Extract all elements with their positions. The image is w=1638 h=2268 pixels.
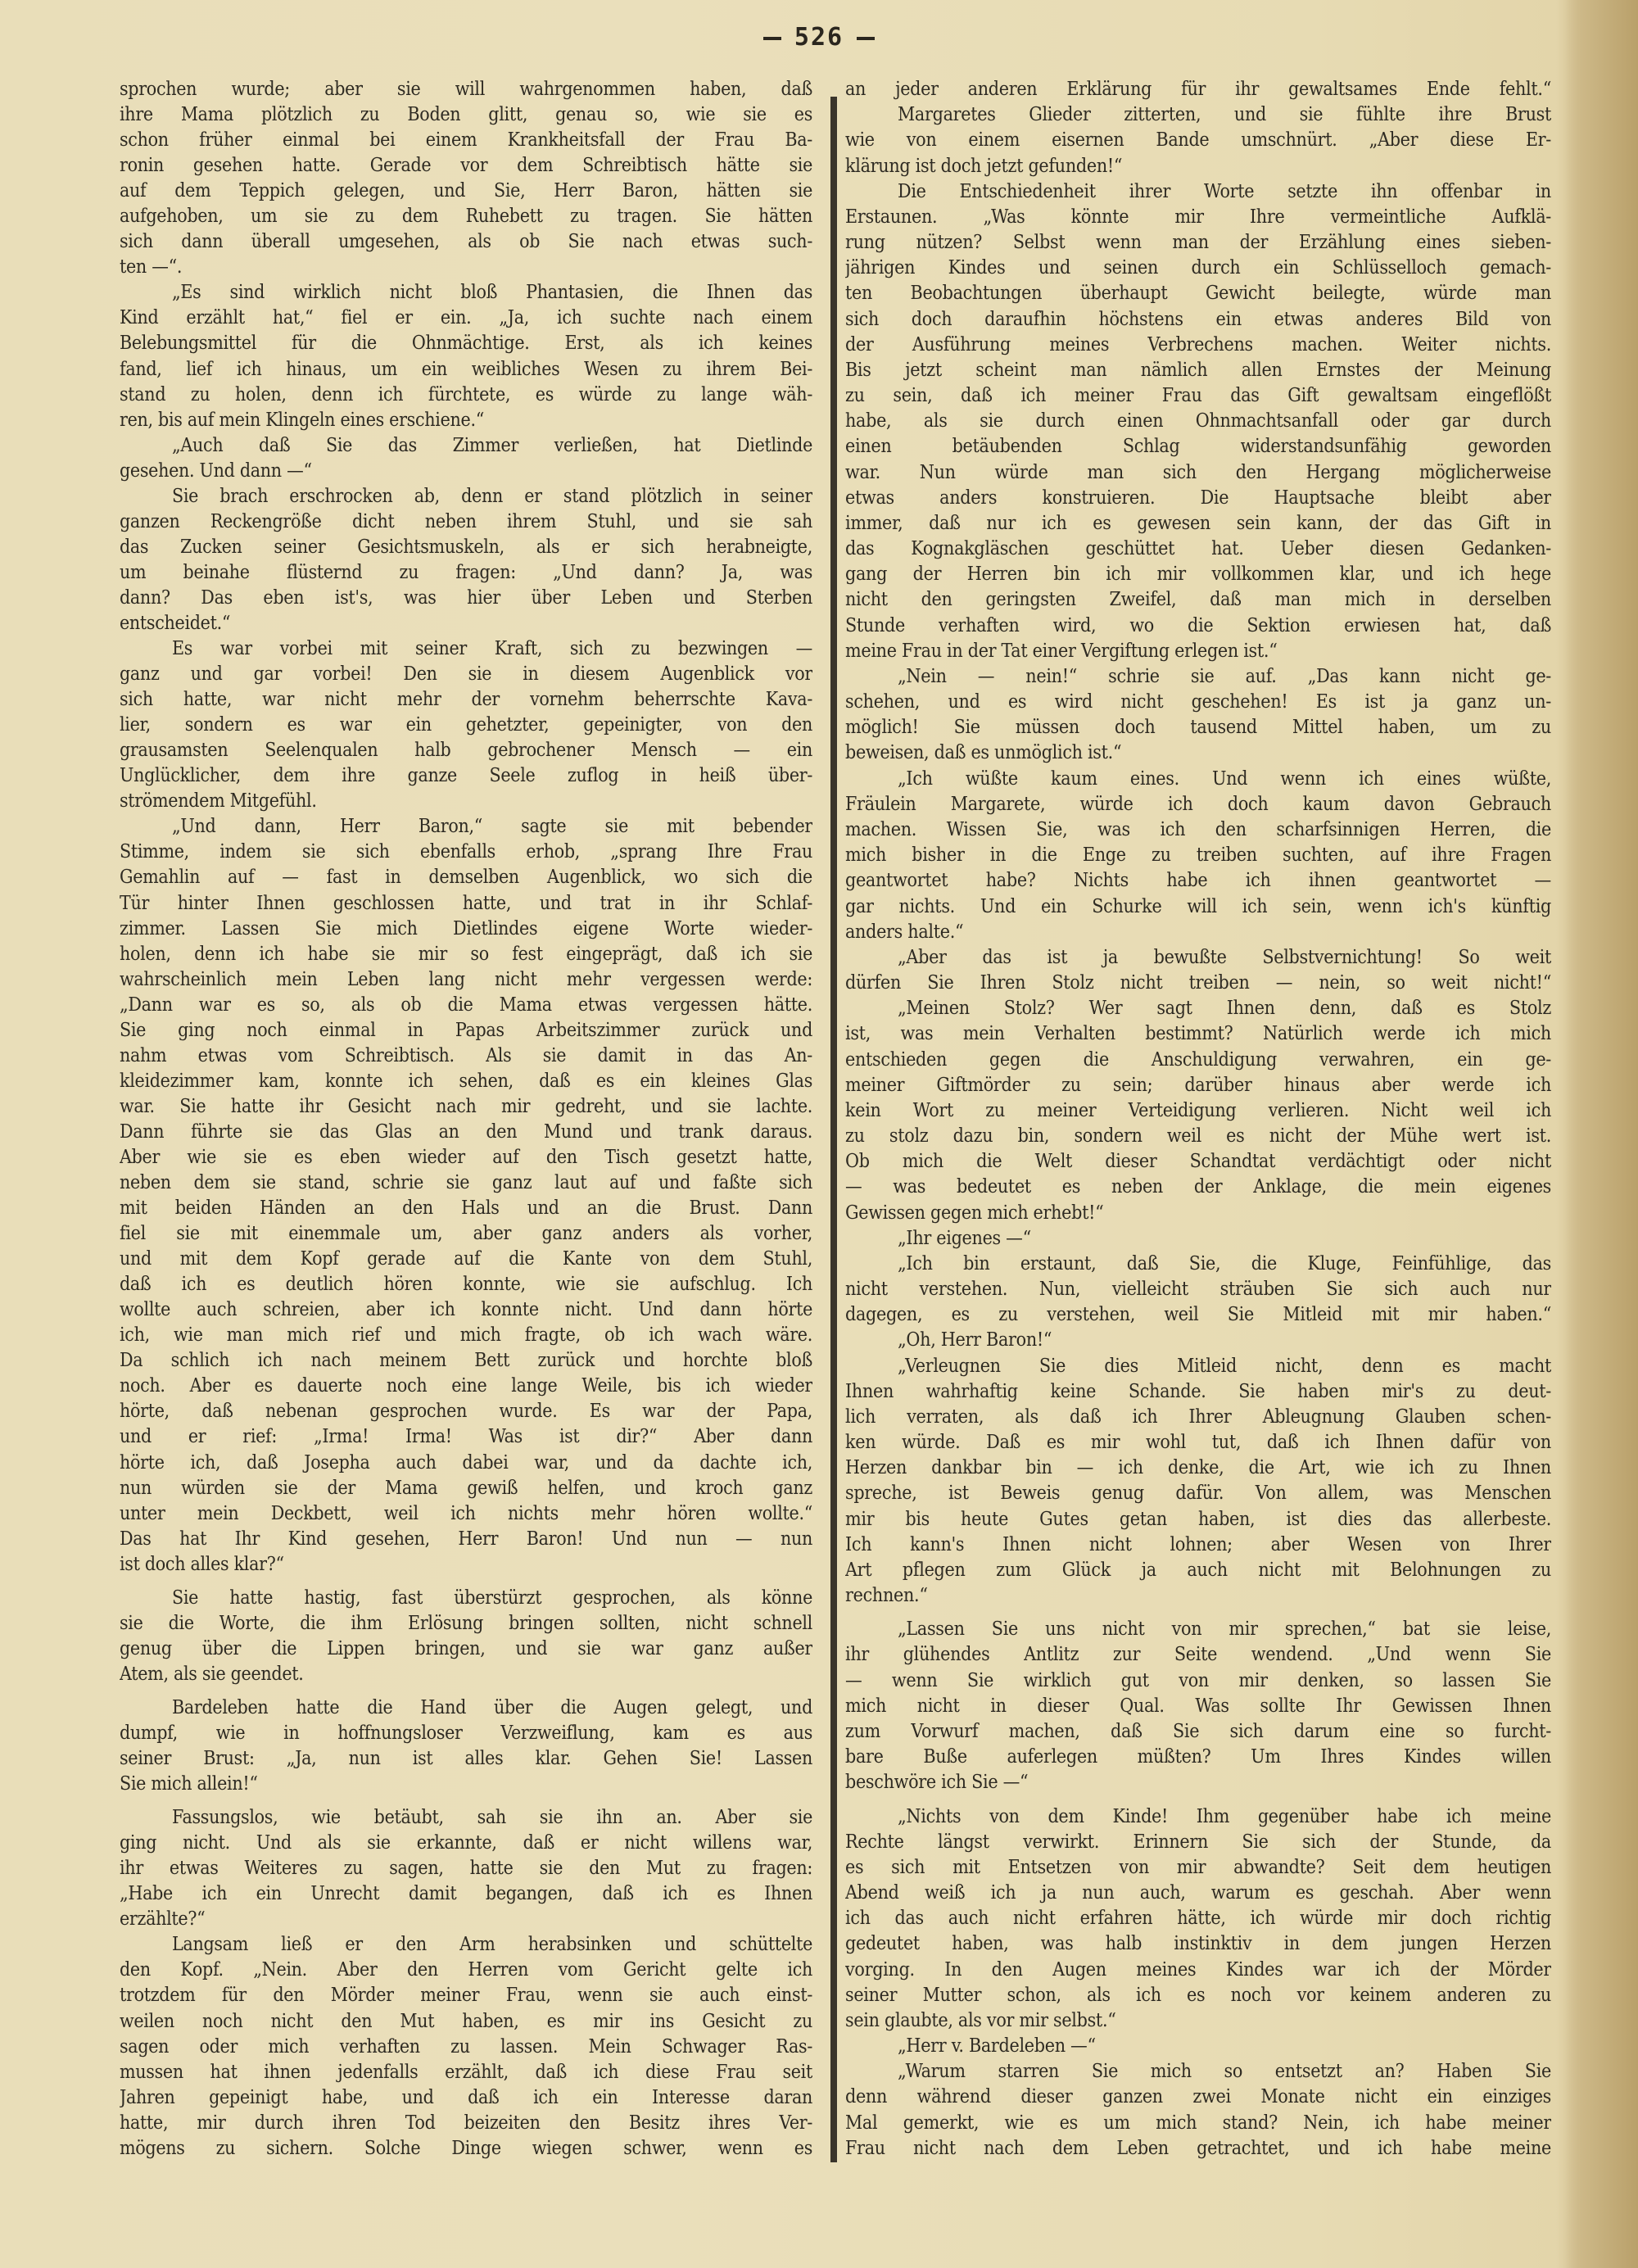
text-line: dann? Das eben ist's, was hier über Lebe…	[120, 586, 812, 611]
text-line: lier, sondern es war ein gehetzter, gepe…	[120, 713, 812, 738]
text-line: zu sein, daß ich meiner Frau das Gift ge…	[845, 383, 1551, 409]
text-line: „Meinen Stolz? Wer sagt Ihnen denn, daß …	[845, 996, 1551, 1021]
text-line: machen. Wissen Sie, was ich den scharfsi…	[845, 817, 1551, 843]
text-line: „Herr v. Bardeleben —“	[845, 2034, 1551, 2059]
text-line: bare Buße auferlegen müßten? Um Ihres Ki…	[845, 1745, 1551, 1770]
text-line: wahrscheinlich mein Leben lang nicht meh…	[120, 967, 812, 993]
text-line: rechnen.“	[845, 1583, 1551, 1609]
text-line: den Kopf. „Nein. Aber den Herren vom Ger…	[120, 1958, 812, 1983]
text-line: lich verraten, als daß ich Ihrer Ableugn…	[845, 1405, 1551, 1430]
text-line: „Ihr eigenes —“	[845, 1226, 1551, 1252]
text-line: ging nicht. Und als sie erkannte, daß er…	[120, 1831, 812, 1856]
text-line: Sie ging noch einmal in Papas Arbeitszim…	[120, 1018, 812, 1043]
text-line: „Es sind wirklich nicht bloß Phantasien,…	[120, 280, 812, 306]
text-line: neben dem sie stand, schrie sie ganz lau…	[120, 1170, 812, 1196]
text-line: „Habe ich ein Unrecht damit begangen, da…	[120, 1881, 812, 1907]
text-line: schehen, und es wird nicht geschehen! Es…	[845, 690, 1551, 715]
text-line: ist, was mein Verhalten bestimmt? Natürl…	[845, 1021, 1551, 1047]
text-line: war. Sie hatte ihr Gesicht nach mir gedr…	[120, 1094, 812, 1120]
text-line: Sie brach erschrocken ab, denn er stand …	[120, 484, 812, 509]
text-line: daß ich es deutlich hören konnte, wie si…	[120, 1272, 812, 1297]
text-line: sagen oder mich verhaften zu lassen. Mei…	[120, 2035, 812, 2060]
text-line: Art pflegen zum Glück ja auch nicht mit …	[845, 1558, 1551, 1583]
text-line: das Zucken seiner Gesichtsmuskeln, als e…	[120, 535, 812, 560]
text-line: Langsam ließ er den Arm herabsinken und …	[120, 1932, 812, 1958]
column-divider-rule	[830, 97, 837, 2162]
text-line: mich bisher in die Enge zu treiben sucht…	[845, 843, 1551, 868]
text-line: gesehen. Und dann —“	[120, 459, 812, 484]
text-line: beschwöre ich Sie —“	[845, 1770, 1551, 1795]
text-line: Unglücklicher, dem ihre ganze Seele zufl…	[120, 763, 812, 789]
text-line: weilen noch nicht den Mut haben, es mir …	[120, 2009, 812, 2035]
text-line: gang der Herren bin ich mir vollkommen k…	[845, 562, 1551, 587]
text-line: Gewissen gegen mich erhebt!“	[845, 1201, 1551, 1226]
text-line: und mit dem Kopf gerade auf die Kante vo…	[120, 1247, 812, 1272]
text-line: Ihnen wahrhaftig keine Schande. Sie habe…	[845, 1379, 1551, 1405]
text-line: hörte, daß nebenan gesprochen wurde. Es …	[120, 1399, 812, 1424]
text-line: ganz und gar vorbei! Den sie in diesem A…	[120, 662, 812, 687]
text-line: das Kognakgläschen geschüttet hat. Ueber…	[845, 536, 1551, 562]
text-line: sprochen wurde; aber sie will wahrgenomm…	[120, 77, 812, 102]
text-line: erzählte?“	[120, 1907, 812, 1932]
text-line: Erstaunen. „Was könnte mir Ihre vermeint…	[845, 205, 1551, 230]
text-line: „Warum starren Sie mich so entsetzt an? …	[845, 2059, 1551, 2085]
text-line: aufgehoben, um sie zu dem Ruhebett zu tr…	[120, 204, 812, 229]
right-text-column: an jeder anderen Erklärung für ihr gewal…	[845, 77, 1551, 2162]
text-line: unter mein Deckbett, weil ich nichts meh…	[120, 1501, 812, 1527]
text-line: holen, denn ich habe sie mir so fest ein…	[120, 942, 812, 967]
text-line: ronin gesehen hatte. Gerade vor dem Schr…	[120, 153, 812, 179]
text-line: grausamsten Seelenqualen halb gebrochene…	[120, 738, 812, 763]
text-line: ren, bis auf mein Klingeln eines erschie…	[120, 408, 812, 433]
text-line: Es war vorbei mit seiner Kraft, sich zu …	[120, 636, 812, 662]
text-line: nicht verstehen. Nun, vielleicht sträube…	[845, 1277, 1551, 1302]
text-line: „Verleugnen Sie dies Mitleid nicht, denn…	[845, 1354, 1551, 1379]
text-line: Das hat Ihr Kind gesehen, Herr Baron! Un…	[120, 1527, 812, 1552]
text-line: entschieden gegen die Anschuldigung verw…	[845, 1048, 1551, 1073]
text-line: „Ich wüßte kaum eines. Und wenn ich eine…	[845, 767, 1551, 792]
text-line: spreche, ist Beweis genug dafür. Von all…	[845, 1481, 1551, 1506]
page-header: 526	[0, 23, 1638, 52]
text-line: jährigen Kindes und seinen durch ein Sch…	[845, 256, 1551, 281]
text-line: Sie hatte hastig, fast überstürzt gespro…	[120, 1586, 812, 1611]
text-line: zu stolz dazu bin, sondern weil es nicht…	[845, 1124, 1551, 1149]
text-line: wie von einem eisernen Bande umschnürt. …	[845, 128, 1551, 153]
text-line: Abend weiß ich ja nun auch, warum es ges…	[845, 1881, 1551, 1906]
text-line: war. Nun würde man sich den Hergang mögl…	[845, 460, 1551, 486]
text-line: mir bis heute Gutes getan haben, ist die…	[845, 1507, 1551, 1532]
text-line: „Nichts von dem Kinde! Ihm gegenüber hab…	[845, 1804, 1551, 1830]
text-line: fiel sie mit einemmale um, aber ganz and…	[120, 1221, 812, 1247]
text-line: rung nützen? Selbst wenn man der Erzählu…	[845, 230, 1551, 256]
text-line: Stunde verhaften wird, wo die Sektion er…	[845, 613, 1551, 639]
text-line: ganzen Reckengröße dicht neben ihrem Stu…	[120, 509, 812, 535]
text-line: dumpf, wie in hoffnungsloser Verzweiflun…	[120, 1721, 812, 1746]
text-line: Atem, als sie geendet.	[120, 1662, 812, 1687]
text-line: nahm etwas vom Schreibtisch. Als sie dam…	[120, 1043, 812, 1069]
text-line: entscheidet.“	[120, 611, 812, 636]
text-line: dagegen, es zu verstehen, weil Sie Mitle…	[845, 1302, 1551, 1328]
text-line: Sie mich allein!“	[120, 1772, 812, 1797]
text-line: zum Vorwurf machen, daß Sie sich darum e…	[845, 1719, 1551, 1745]
text-line: Rechte längst verwirkt. Erinnern Sie sic…	[845, 1830, 1551, 1855]
text-line: an jeder anderen Erklärung für ihr gewal…	[845, 77, 1551, 102]
text-line: Belebungsmittel für die Ohnmächtige. Ers…	[120, 331, 812, 356]
text-line: wollte auch schreien, aber ich konnte ni…	[120, 1297, 812, 1323]
text-line: habe, als sie durch einen Ohnmachtsanfal…	[845, 409, 1551, 434]
text-line: Fassungslos, wie betäubt, sah sie ihn an…	[120, 1805, 812, 1831]
text-line: ihr etwas Weiteres zu sagen, hatte sie d…	[120, 1856, 812, 1881]
text-line: sich dann überall umgesehen, als ob Sie …	[120, 229, 812, 255]
text-line: etwas anders konstruieren. Die Hauptsach…	[845, 486, 1551, 511]
text-line: geantwortet habe? Nichts habe ich ihnen …	[845, 868, 1551, 894]
text-line: Die Entschiedenheit ihrer Worte setzte i…	[845, 179, 1551, 205]
text-line: Aber wie sie es eben wieder auf den Tisc…	[120, 1145, 812, 1170]
text-line: Margaretes Glieder zitterten, und sie fü…	[845, 102, 1551, 128]
text-line: ten Beobachtungen überhaupt Gewicht beil…	[845, 281, 1551, 306]
text-line: stand zu holen, denn ich fürchtete, es w…	[120, 383, 812, 408]
text-line: schon früher einmal bei einem Krankheits…	[120, 128, 812, 153]
text-line: seiner Brust: „Ja, nun ist alles klar. G…	[120, 1746, 812, 1772]
text-line: beweisen, daß es unmöglich ist.“	[845, 740, 1551, 766]
text-line: Jahren gepeinigt habe, und daß ich ein I…	[120, 2085, 812, 2111]
text-line: Mal gemerkt, wie es um mich stand? Nein,…	[845, 2111, 1551, 2136]
text-line: möglich! Sie müssen doch tausend Mittel …	[845, 715, 1551, 740]
text-line: „Ich bin erstaunt, daß Sie, die Kluge, F…	[845, 1252, 1551, 1277]
text-line: Dann führte sie das Glas an den Mund und…	[120, 1120, 812, 1145]
text-line: sich hatte, war nicht mehr der vornehm b…	[120, 687, 812, 713]
text-line: Stimme, indem sie sich ebenfalls erhob, …	[120, 840, 812, 865]
text-line: Tür hinter Ihnen geschlossen hatte, und …	[120, 891, 812, 917]
text-line: vorging. In den Augen meines Kindes war …	[845, 1958, 1551, 1983]
text-line: strömendem Mitgefühl.	[120, 789, 812, 814]
text-line: um beinahe flüsternd zu fragen: „Und dan…	[120, 560, 812, 586]
text-line: — was bedeutet es neben der Anklage, die…	[845, 1175, 1551, 1200]
text-line: anders halte.“	[845, 920, 1551, 945]
text-line: dürfen Sie Ihren Stolz nicht treiben — n…	[845, 971, 1551, 996]
text-line: und er rief: „Irma! Irma! Was ist dir?“ …	[120, 1424, 812, 1450]
text-line: Ich kann's Ihnen nicht lohnen; aber Wese…	[845, 1532, 1551, 1558]
text-line: sich doch daraufhin höchstens ein etwas …	[845, 307, 1551, 333]
text-line: Frau nicht nach dem Leben getrachtet, un…	[845, 2136, 1551, 2162]
text-line: „Lassen Sie uns nicht von mir sprechen,“…	[845, 1617, 1551, 1642]
text-line: Herzen dankbar bin — ich denke, die Art,…	[845, 1455, 1551, 1481]
text-line: — wenn Sie wirklich gut von mir denken, …	[845, 1668, 1551, 1694]
text-line: Ob mich die Welt dieser Schandtat verdäc…	[845, 1149, 1551, 1175]
text-line: meine Frau in der Tat einer Vergiftung e…	[845, 639, 1551, 664]
text-line: mussen hat ihnen jedenfalls erzählt, daß…	[120, 2060, 812, 2085]
header-dash-left	[763, 37, 781, 40]
text-line: mich nicht in dieser Qual. Was sollte Ih…	[845, 1694, 1551, 1719]
text-line: meiner Giftmörder zu sein; darüber hinau…	[845, 1073, 1551, 1098]
text-line: gedeutet haben, was halb instinktiv in d…	[845, 1931, 1551, 1957]
text-line: nun würden sie der Mama gewiß helfen, un…	[120, 1476, 812, 1501]
page-number: 526	[794, 23, 844, 52]
text-line: Kind erzählt hat,“ fiel er ein. „Ja, ich…	[120, 306, 812, 331]
text-line: ich, wie man mich rief und mich fragte, …	[120, 1323, 812, 1348]
text-line: hörte ich, daß Josepha auch dabei war, u…	[120, 1451, 812, 1476]
text-line: Bis jetzt scheint man nämlich allen Erns…	[845, 358, 1551, 383]
paper-edge	[1564, 0, 1638, 2268]
text-line: zimmer. Lassen Sie mich Dietlindes eigen…	[120, 917, 812, 942]
text-line: hatte, mir durch ihren Tod beizeiten den…	[120, 2111, 812, 2136]
text-line: „Und dann, Herr Baron,“ sagte sie mit be…	[120, 814, 812, 840]
text-line: auf dem Teppich gelegen, und Sie, Herr B…	[120, 179, 812, 204]
text-line: „Oh, Herr Baron!“	[845, 1328, 1551, 1353]
text-line: klärung ist doch jetzt gefunden!“	[845, 154, 1551, 179]
text-line: ten —“.	[120, 255, 812, 280]
text-line: Fräulein Margarete, würde ich doch kaum …	[845, 792, 1551, 817]
text-line: noch. Aber es dauerte noch eine lange We…	[120, 1374, 812, 1399]
text-line: ich das auch nicht erfahren hätte, ich w…	[845, 1906, 1551, 1931]
header-dash-right	[857, 37, 875, 40]
text-line: trotzdem für den Mörder meiner Frau, wen…	[120, 1983, 812, 2008]
text-line: ihre Mama plötzlich zu Boden glitt, gena…	[120, 102, 812, 128]
text-line: es sich mit Entsetzen von mir abwandte? …	[845, 1855, 1551, 1881]
text-line: „Auch daß Sie das Zimmer verließen, hat …	[120, 433, 812, 459]
text-line: immer, daß nur ich es gewesen sein kann,…	[845, 511, 1551, 536]
text-line: gar nichts. Und ein Schurke will ich sei…	[845, 894, 1551, 920]
text-line: ihr glühendes Antlitz zur Seite wendend.…	[845, 1642, 1551, 1668]
text-line: ist doch alles klar?“	[120, 1552, 812, 1578]
text-line: kleidezimmer kam, konnte ich sehen, daß …	[120, 1069, 812, 1094]
text-line: Gemahlin auf — fast in demselben Augenbl…	[120, 865, 812, 890]
text-line: mit beiden Händen an den Hals und an die…	[120, 1196, 812, 1221]
text-line: der Ausführung meines Verbrechens machen…	[845, 333, 1551, 358]
text-line: „Aber das ist ja bewußte Selbstvernichtu…	[845, 945, 1551, 971]
text-line: denn während dieser ganzen zwei Monate n…	[845, 2085, 1551, 2110]
text-line: ken würde. Daß es mir wohl tut, daß ich …	[845, 1430, 1551, 1455]
text-line: seiner Mutter schon, als ich es noch vor…	[845, 1983, 1551, 2008]
text-line: fand, lief ich hinaus, um ein weibliches…	[120, 357, 812, 383]
text-line: sein glaubte, als vor mir selbst.“	[845, 2008, 1551, 2034]
text-line: sie die Worte, die ihm Erlösung bringen …	[120, 1611, 812, 1636]
text-line: mögens zu sichern. Solche Dinge wiegen s…	[120, 2136, 812, 2162]
text-line: Bardeleben hatte die Hand über die Augen…	[120, 1695, 812, 1721]
text-line: genug über die Lippen bringen, und sie w…	[120, 1636, 812, 1662]
text-line: einen betäubenden Schlag widerstandsunfä…	[845, 434, 1551, 459]
text-line: „Nein — nein!“ schrie sie auf. „Das kann…	[845, 664, 1551, 690]
text-line: nicht den geringsten Zweifel, daß man mi…	[845, 587, 1551, 613]
text-line: kein Wort zu meiner Verteidigung verlier…	[845, 1098, 1551, 1124]
text-line: Da schlich ich nach meinem Bett zurück u…	[120, 1348, 812, 1374]
left-text-column: sprochen wurde; aber sie will wahrgenomm…	[120, 77, 812, 2162]
text-line: „Dann war es so, als ob die Mama etwas v…	[120, 993, 812, 1018]
